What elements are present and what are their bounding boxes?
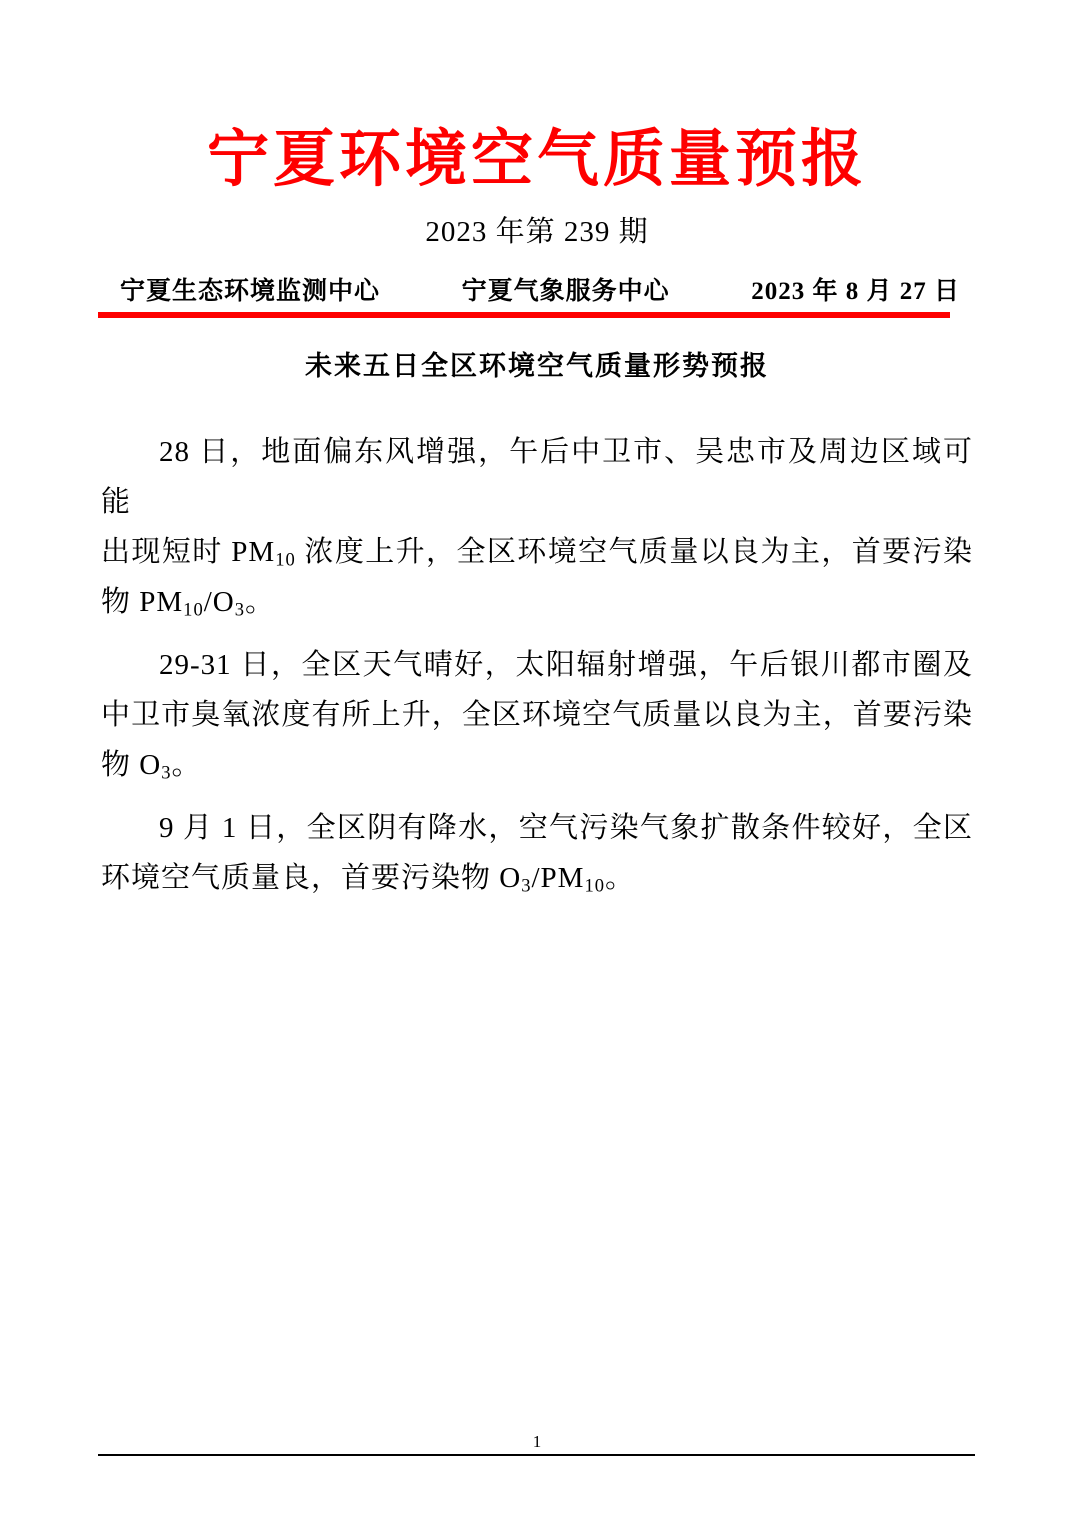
paragraph-line: 出现短时 PM10 浓度上升，全区环境空气质量以良为主，首要污染 xyxy=(101,527,973,577)
masthead-issue-date: 2023 年 8 月 27 日 xyxy=(751,276,960,307)
pollutant-subscript: 10 xyxy=(584,876,605,897)
pollutant-subscript: 3 xyxy=(521,876,531,897)
text-segment: 28 日，地面偏东风增强，午后中卫市、吴忠市及周边区域可能 xyxy=(101,436,973,518)
document-page: 宁夏环境空气质量预报 2023 年第 239 期 宁夏生态环境监测中心 宁夏气象… xyxy=(0,0,1074,1520)
paragraph-line: 28 日，地面偏东风增强，午后中卫市、吴忠市及周边区域可能 xyxy=(101,427,973,527)
text-segment: 物 O xyxy=(101,749,161,781)
issue-number: 2023 年第 239 期 xyxy=(0,215,1074,250)
text-segment: 出现短时 PM xyxy=(101,536,275,568)
paragraph-line: 物 PM10/O3。 xyxy=(101,577,973,627)
text-segment: 。 xyxy=(171,749,201,781)
paragraph-line: 中卫市臭氧浓度有所上升，全区环境空气质量以良为主，首要污染 xyxy=(101,690,973,740)
text-segment: 29-31 日，全区天气晴好，太阳辐射增强，午后银川都市圈及 xyxy=(159,649,973,681)
masthead: 宁夏生态环境监测中心 宁夏气象服务中心 2023 年 8 月 27 日 xyxy=(120,276,960,307)
text-segment: 环境空气质量良，首要污染物 O xyxy=(101,862,521,894)
body-paragraph: 28 日，地面偏东风增强，午后中卫市、吴忠市及周边区域可能出现短时 PM10 浓… xyxy=(101,427,973,627)
footer-divider-rule xyxy=(98,1454,975,1456)
body-paragraph: 9 月 1 日，全区阴有降水，空气污染气象扩散条件较好，全区环境空气质量良，首要… xyxy=(101,803,973,903)
pollutant-subscript: 10 xyxy=(275,550,296,571)
text-segment: 中卫市臭氧浓度有所上升，全区环境空气质量以良为主，首要污染 xyxy=(101,699,973,731)
paragraph-line: 9 月 1 日，全区阴有降水，空气污染气象扩散条件较好，全区 xyxy=(101,803,973,853)
paragraph-line: 环境空气质量良，首要污染物 O3/PM10。 xyxy=(101,853,973,903)
text-segment: 9 月 1 日，全区阴有降水，空气污染气象扩散条件较好，全区 xyxy=(159,812,973,844)
body-paragraphs: 28 日，地面偏东风增强，午后中卫市、吴忠市及周边区域可能出现短时 PM10 浓… xyxy=(101,427,973,903)
footer-page-number: 1 xyxy=(0,1433,1074,1450)
text-segment: 物 PM xyxy=(101,586,183,618)
pollutant-subscript: 10 xyxy=(183,600,204,621)
red-divider-rule xyxy=(98,312,950,318)
section-title: 未来五日全区环境空气质量形势预报 xyxy=(0,350,1074,384)
text-segment: /O xyxy=(204,586,235,618)
body-paragraph: 29-31 日，全区天气晴好，太阳辐射增强，午后银川都市圈及中卫市臭氧浓度有所上… xyxy=(101,640,973,790)
masthead-org-secondary: 宁夏气象服务中心 xyxy=(462,276,670,307)
text-segment: 。 xyxy=(605,862,635,894)
pollutant-subscript: 3 xyxy=(161,763,171,784)
text-segment: 浓度上升，全区环境空气质量以良为主，首要污染 xyxy=(296,536,973,568)
text-segment: /PM xyxy=(531,862,584,894)
document-title: 宁夏环境空气质量预报 xyxy=(0,128,1074,193)
text-segment: 。 xyxy=(245,586,275,618)
paragraph-line: 29-31 日，全区天气晴好，太阳辐射增强，午后银川都市圈及 xyxy=(101,640,973,690)
masthead-org-primary: 宁夏生态环境监测中心 xyxy=(120,276,380,307)
paragraph-line: 物 O3。 xyxy=(101,740,973,790)
pollutant-subscript: 3 xyxy=(235,600,245,621)
